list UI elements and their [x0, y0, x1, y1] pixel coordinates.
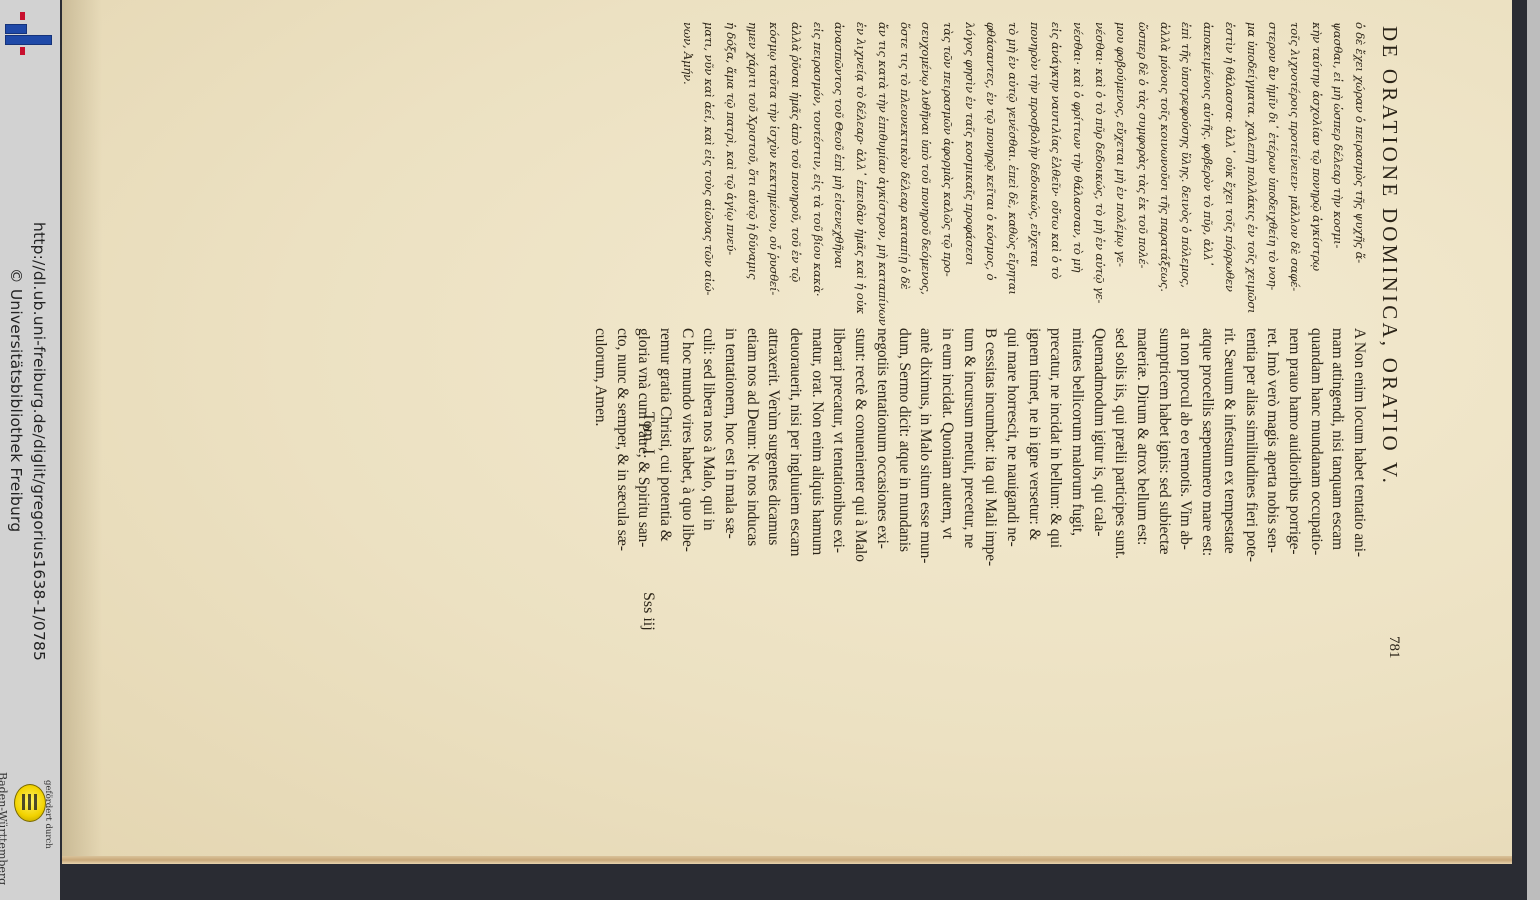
greek-text-line: ἐν λιχνείᾳ τὸ δέλεαρ· ἀλλ᾽ ἐπειδὰν ἡμᾶς …: [850, 22, 872, 330]
latin-text-line: stunt: rectè & conuenienter qui à Malo: [850, 328, 872, 644]
latin-text-line: nem prauo hamo auidioribus porrige-: [1283, 328, 1305, 644]
greek-text-line: ἐπὶ τῆς ὑποτρεφούσης ὕλης. δεινὸς ὁ πόλε…: [1175, 22, 1197, 330]
latin-text-line: mitates bellicorum malorum fugit,: [1066, 328, 1088, 644]
latin-text-line: materiæ. Dirum & atrox bellum est:: [1131, 328, 1153, 644]
greek-text-line: μα ὑποδείγματα. χαλεπὴ πολλάκις ἐν τοῖς …: [1240, 22, 1262, 330]
greek-text-line: ματι, νῦν καὶ ἀεί, καὶ εἰς τοὺς αἰῶνας τ…: [698, 22, 720, 330]
latin-text-line: rit. Sæuum & infestum ex tempestate: [1218, 328, 1240, 644]
latin-text-line: tentia per alias similitudines fieri pot…: [1240, 328, 1262, 644]
greek-text-line: τοῖς λιχνοτέροις προτείνειεν· μᾶλλον δὲ …: [1283, 22, 1305, 330]
latin-text-line: ret. Imò verò magis aperta nobis sen-: [1262, 328, 1284, 644]
greek-text-line: μου φοβούμενος, εὔχεται μὴ ἐν πολέμῳ γε-: [1110, 22, 1132, 330]
greek-text-line: ἀλλὰ μόνοις τοῖς κοινωνοῦσι τῆς παρατάξε…: [1153, 22, 1175, 330]
greek-text-line: ὁ δὲ ἔχει χώραν ὁ πειρασμὸς τῆς ψυχῆς ἅ-: [1348, 22, 1370, 330]
greek-text-line: ημεν χάριτι τοῦ Χριστοῦ, ὅτι αὐτῷ ἡ δύνα…: [741, 22, 763, 330]
greek-text-line: πονηρὸν τὴν προσβολὴν δεδοικώς, εὔχεται: [1023, 22, 1045, 330]
latin-text-line: Quemadmodum igitur is, qui cala-: [1088, 328, 1110, 644]
latin-text-line: culorum, Amen.: [589, 328, 611, 644]
latin-text-line: sed solis iis, qui prælii participes sun…: [1110, 328, 1132, 644]
greek-text-line: ἡ δόξα, ἅμα τῷ πατρὶ, καὶ τῷ ἁγίῳ πνεύ-: [719, 22, 741, 330]
greek-text-line: ἐστὶν ἡ θάλασσα· ἀλλ᾽ οὐκ ἔχει τοῖς πόρρ…: [1218, 22, 1240, 330]
latin-text-line: liberari precatur, vt tentationibus exi-: [828, 328, 850, 644]
latin-text-line: deuorauerit, nisi per ingluuiem escam: [784, 328, 806, 644]
page-header: DE ORATIONE DOMINICA, ORATIO V. 781: [1372, 0, 1402, 900]
latin-text-line: cto, nunc & semper, & in sæcula sæ-: [611, 328, 633, 644]
greek-text-line: εἰς ἀνάγκην ναυτιλίας ἐλθεῖν· οὕτω καὶ ὁ…: [1045, 22, 1067, 330]
latin-text-line: etiam nos ad Deum: Ne nos inducas: [741, 328, 763, 644]
latin-text-line: sumptricem habet ignis: sed subiectæ: [1153, 328, 1175, 644]
greek-text-line: ἀνασπῶντος τοῦ Θεοῦ ἐπὶ μὴ εἰσενεχθῆναι: [828, 22, 850, 330]
greek-text-line: τὰς τῶν πειρασμῶν ἀφορμὰς καλῶς τῷ προ-: [936, 22, 958, 330]
latin-text-line: in tentationem, hoc est in mala sæ-: [719, 328, 741, 644]
greek-text-line: εἰς πειρασμόν, τουτέστιν, εἰς τὰ τοῦ βίο…: [806, 22, 828, 330]
greek-text-line: ψασθαι, εἰ μὴ ὡσπερ δέλεαρ τὴν κοσμι-: [1327, 22, 1349, 330]
greek-text-line: ἄν τις κατὰ τὴν ἐπιθυμίαν ἀγκίστρον, μὴ …: [871, 22, 893, 330]
latin-text-line: ignem timet, ne in igne versetur: &: [1023, 328, 1045, 644]
greek-text-line: ὅστε τις τὸ πλεονεκτικὸν δέλεαρ καταπίῃ …: [893, 22, 915, 330]
greek-text-line: ὥσπερ δὲ ὁ τὰς συμφορὰς τὰς ἐκ τοῦ πολέ-: [1131, 22, 1153, 330]
latin-text-line: A Non enim locum habet tentatio ani-: [1348, 328, 1370, 644]
greek-text-line: στερον ἂν ἡμῖν δι᾽ ἑτέρων ὑποδειχθείη τὸ…: [1262, 22, 1284, 330]
latin-text-line: dum, Sermo dicit: atque in mundanis: [893, 328, 915, 644]
greek-text-line: νέσθαι· καὶ ὁ τὸ πῦρ δεδοικώς, τὸ μὴ ἐν …: [1088, 22, 1110, 330]
latin-text-line: quandam hanc mundanam occupatio-: [1305, 328, 1327, 644]
latin-text-column: A Non enim locum habet tentatio ani-mam …: [589, 328, 1370, 644]
greek-text-line: κόσμῳ ταῦτα τὴν ἰσχὺν κεκτημένου, οὗ ῥυσ…: [763, 22, 785, 330]
latin-text-line: qui mare horrescit, ne nauigandi ne-: [1001, 328, 1023, 644]
latin-text-line: mam attingendi, nisi tanquam escam: [1327, 328, 1349, 644]
greek-text-line: ἀποκειμένοις αὐτῆς. φοβερὸν τὸ πῦρ, ἀλλ᾽: [1197, 22, 1219, 330]
volume-label: Tom. I.: [639, 412, 657, 458]
latin-text-line: attraxerit. Verùm surgentes dicamus: [763, 328, 785, 644]
greek-text-line: νέσθαι· καὶ ὁ φρίττων τὴν θάλασσαν, τὸ μ…: [1066, 22, 1088, 330]
latin-text-line: negotiis tentationum occasiones exi-: [871, 328, 893, 644]
greek-text-line: νων, Ἀμήν.: [676, 22, 698, 330]
latin-text-line: remur gratia Christi, cui potentia &: [654, 328, 676, 644]
book-page-rotated: DE ORATIONE DOMINICA, ORATIO V. 781 ὁ δὲ…: [0, 0, 1452, 900]
latin-text-line: in eum incidat. Quoniam autem, vt: [936, 328, 958, 644]
greek-text-line: φθάσαντες, ἐν τῷ πονηρῷ κεῖται ὁ κόσμος,…: [980, 22, 1002, 330]
page-number: 781: [1385, 636, 1402, 659]
latin-text-line: antè diximus, in Malo situm esse mun-: [915, 328, 937, 644]
latin-text-line: atque procellis sæpenumero mare est:: [1197, 328, 1219, 644]
greek-text-line: τὸ μὴ ἐν αὐτῷ γενέσθαι. ἐπεὶ δὲ, καθὼς ε…: [1001, 22, 1023, 330]
greek-text-line: λόγος φησὶν ἐν ταῖς κοσμικαῖς προφάσεσι: [958, 22, 980, 330]
latin-text-line: at non procul ab eo remotis. Vim ab-: [1175, 328, 1197, 644]
scan-border: [1527, 0, 1540, 900]
greek-text-line: σευχομένῳ λυθῆναι ὑπὸ τοῦ πονηροῦ δεόμεν…: [915, 22, 937, 330]
greek-text-line: κὴν ταύτην ἀσχολίαν τῷ πονηρῷ ἀγκίστρῳ: [1305, 22, 1327, 330]
running-title: DE ORATIONE DOMINICA, ORATIO V.: [1377, 26, 1402, 486]
greek-text-column: ὁ δὲ ἔχει χώραν ὁ πειρασμὸς τῆς ψυχῆς ἅ-…: [676, 22, 1370, 330]
greek-text-line: ἀλλὰ ῥῦσαι ἡμᾶς ἀπὸ τοῦ πονηροῦ, τοῦ ἐν …: [784, 22, 806, 330]
latin-text-line: precatur, ne incidat in bellum: & qui: [1045, 328, 1067, 644]
latin-text-line: tum & incursum metuit, precetur, ne: [958, 328, 980, 644]
latin-text-line: C hoc mundo vires habet, à quo libe-: [676, 328, 698, 644]
latin-text-line: matur, orat. Non enim aliquis hamum: [806, 328, 828, 644]
latin-text-line: B cessitas incumbat: ita qui Mali impe-: [980, 328, 1002, 644]
signature-mark: Sss iij: [639, 592, 657, 631]
latin-text-line: culi: sed libera nos à Malo, qui in: [698, 328, 720, 644]
